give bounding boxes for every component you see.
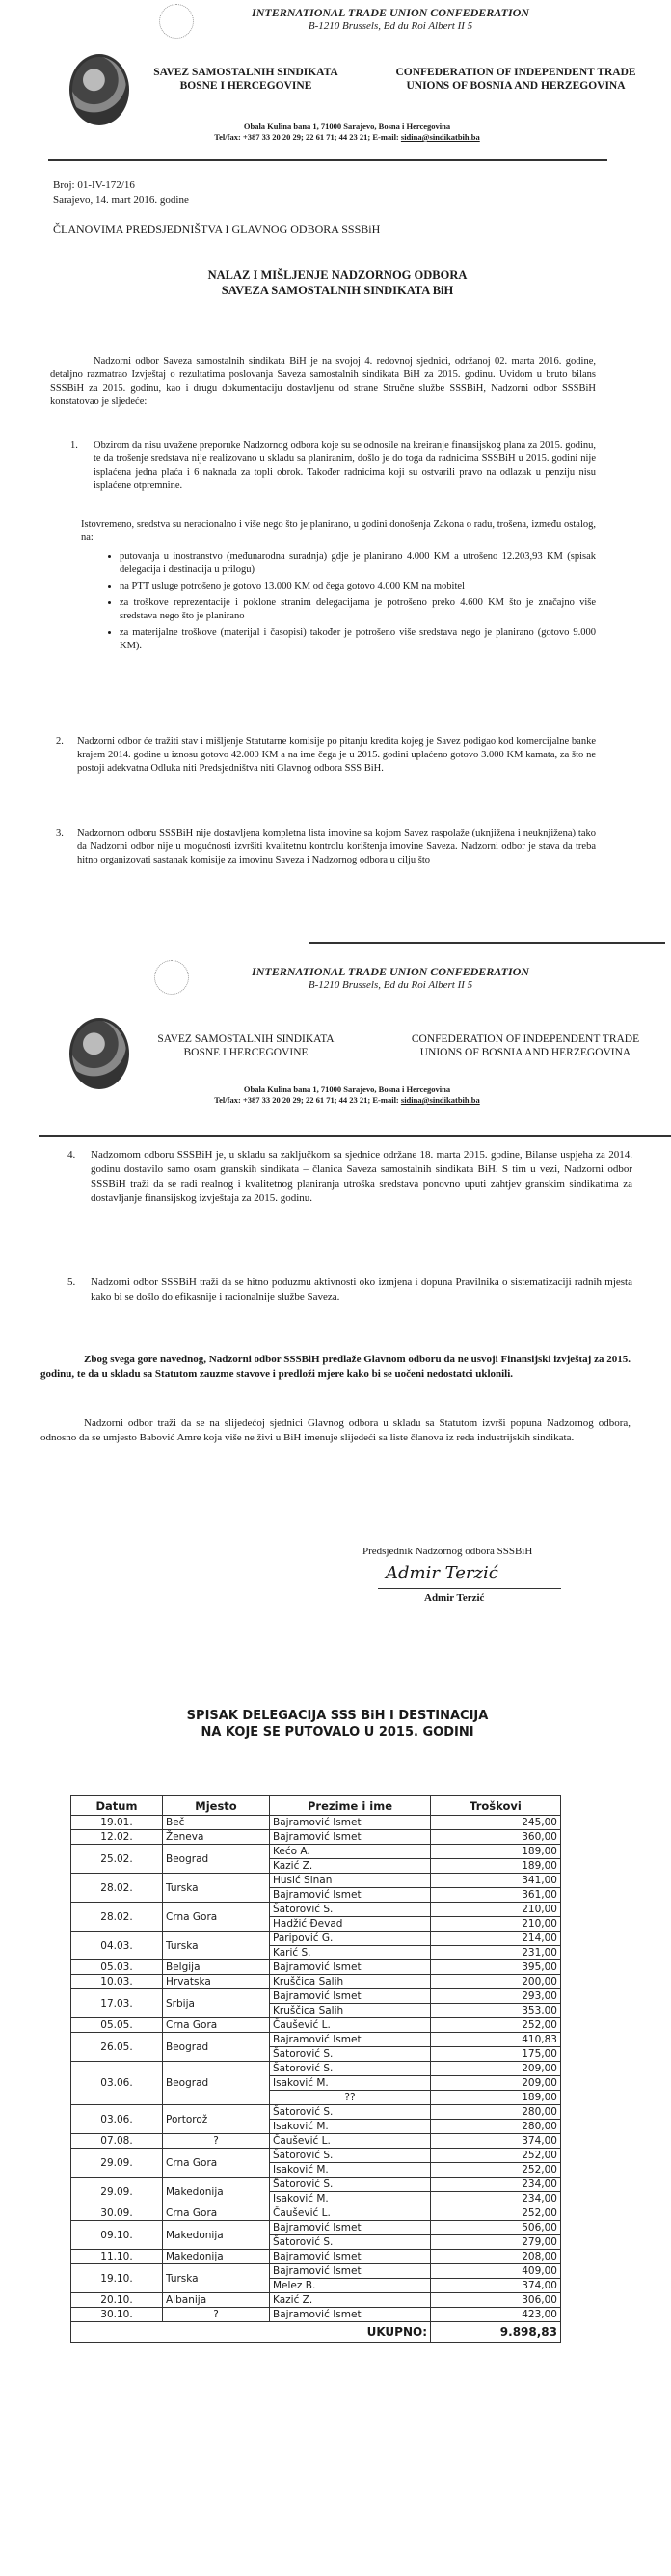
trip-date: 11.10. — [71, 2250, 163, 2264]
trip-place: Hrvatska — [163, 1975, 270, 1989]
traveler-name: Melez B. — [270, 2279, 431, 2293]
trip-date: 10.03. — [71, 1975, 163, 1989]
trip-date: 12.02. — [71, 1830, 163, 1845]
signature-line — [378, 1588, 561, 1589]
expense-bullet: putovanja u inostranstvo (međunarodna su… — [120, 550, 596, 577]
doc-meta: Broj: 01-IV-172/16 Sarajevo, 14. mart 20… — [53, 178, 189, 207]
trip-cost: 252,00 — [431, 2163, 561, 2178]
delegations-title-line2: NA KOJE SE PUTOVALO U 2015. GODINI — [116, 1724, 559, 1740]
ituc-name: INTERNATIONAL TRADE UNION CONFEDERATION — [217, 965, 564, 978]
date-line: Sarajevo, 14. mart 2016. godine — [53, 193, 189, 207]
item-2-text: Nadzorni odbor će tražiti stav i mišljen… — [77, 735, 596, 776]
table-row: 05.05.Crna GoraČaušević L.252,00 — [71, 2018, 561, 2033]
union-logo-icon — [69, 1018, 129, 1089]
traveler-name: Isaković M. — [270, 2076, 431, 2091]
trip-cost: 293,00 — [431, 1989, 561, 2004]
traveler-name: Kazić Z. — [270, 1859, 431, 1874]
item-2-number: 2. — [56, 735, 64, 749]
contact-line: Tel/fax: +387 33 20 20 29; 22 61 71; 44 … — [116, 1095, 578, 1106]
address-line: Obala Kulina bana 1, 71000 Sarajevo, Bos… — [116, 122, 578, 132]
trip-date: 19.01. — [71, 1816, 163, 1830]
trip-cost: 209,00 — [431, 2062, 561, 2076]
traveler-name: Bajramović Ismet — [270, 1816, 431, 1830]
trip-cost: 341,00 — [431, 1874, 561, 1888]
trip-cost: 208,00 — [431, 2250, 561, 2264]
traveler-name: Kruščica Salih — [270, 2004, 431, 2018]
item-1: 1. Obzirom da nisu uvažene preporuke Nad… — [70, 439, 596, 493]
table-row: 04.03.TurskaParipović G.214,00 — [71, 1932, 561, 1946]
table-row: 28.02.Crna GoraŠatorović S.210,00 — [71, 1903, 561, 1917]
trip-cost: 214,00 — [431, 1932, 561, 1946]
page-edge-divider — [309, 942, 665, 944]
trip-cost: 506,00 — [431, 2221, 561, 2235]
contact-line: Tel/fax: +387 33 20 20 29; 22 61 71; 44 … — [116, 132, 578, 143]
org-name-en: CONFEDERATION OF INDEPENDENT TRADE UNION… — [371, 66, 660, 93]
email-link[interactable]: sidina@sindikatbih.ba — [401, 132, 480, 142]
traveler-name: Isaković M. — [270, 2163, 431, 2178]
report-title-line1: NALAZ I MIŠLJENJE NADZORNOG ODBORA — [116, 267, 559, 283]
request-paragraph: Nadzorni odbor traži da se na slijedećoj… — [40, 1416, 631, 1445]
contact-phones: Tel/fax: +387 33 20 20 29; 22 61 71; 44 … — [214, 1095, 401, 1105]
trip-place: Portorož — [163, 2105, 270, 2134]
traveler-name: Čaušević L. — [270, 2206, 431, 2221]
traveler-name: Bajramović Ismet — [270, 2308, 431, 2322]
table-row: 07.08.?Čaušević L.374,00 — [71, 2134, 561, 2149]
traveler-name: Bajramović Ismet — [270, 2033, 431, 2047]
table-row: 28.02.TurskaHusić Sinan341,00 — [71, 1874, 561, 1888]
traveler-name: Šatorović S. — [270, 2047, 431, 2062]
table-row: 10.03.HrvatskaKruščica Salih200,00 — [71, 1975, 561, 1989]
trip-date: 26.05. — [71, 2033, 163, 2062]
traveler-name: Čaušević L. — [270, 2018, 431, 2033]
trip-cost: 361,00 — [431, 1888, 561, 1903]
expense-bullets: putovanja u inostranstvo (međunarodna su… — [104, 550, 596, 656]
trip-place: Crna Gora — [163, 2149, 270, 2178]
recipients: ČLANOVIMA PREDSJEDNIŠTVA I GLAVNOG ODBOR… — [53, 222, 380, 236]
ituc-logo-icon — [159, 4, 194, 39]
trip-cost: 280,00 — [431, 2105, 561, 2120]
table-row: 29.09.MakedonijaŠatorović S.234,00 — [71, 2178, 561, 2192]
trip-cost: 209,00 — [431, 2076, 561, 2091]
traveler-name: Šatorović S. — [270, 2062, 431, 2076]
traveler-name: Šatorović S. — [270, 1903, 431, 1917]
org-name-en-line2: UNIONS OF BOSNIA AND HERZEGOVINA — [381, 1046, 670, 1059]
trip-date: 05.05. — [71, 2018, 163, 2033]
ituc-logo-icon — [154, 960, 189, 995]
trip-cost: 353,00 — [431, 2004, 561, 2018]
trip-date: 03.06. — [71, 2062, 163, 2105]
trip-date: 29.09. — [71, 2178, 163, 2206]
trip-date: 17.03. — [71, 1989, 163, 2018]
trip-place: Beograd — [163, 2033, 270, 2062]
trip-cost: 245,00 — [431, 1816, 561, 1830]
trip-cost: 200,00 — [431, 1975, 561, 1989]
trip-cost: 210,00 — [431, 1903, 561, 1917]
item-5-number: 5. — [67, 1275, 75, 1290]
trip-place: Makedonija — [163, 2250, 270, 2264]
item-2: 2. Nadzorni odbor će tražiti stav i mišl… — [56, 735, 596, 776]
trip-place: Albanija — [163, 2293, 270, 2308]
item-1-text: Obzirom da nisu uvažene preporuke Nadzor… — [94, 439, 596, 493]
trip-place: ? — [163, 2134, 270, 2149]
item-5-text: Nadzorni odbor SSSBiH traži da se hitno … — [91, 1275, 632, 1304]
trip-date: 30.10. — [71, 2308, 163, 2322]
trip-date: 05.03. — [71, 1960, 163, 1975]
item-3: 3. Nadzornom odboru SSSBiH nije dostavlj… — [56, 827, 596, 867]
trip-place: ? — [163, 2308, 270, 2322]
table-row: 03.06.PortorožŠatorović S.280,00 — [71, 2105, 561, 2120]
contact-phones: Tel/fax: +387 33 20 20 29; 22 61 71; 44 … — [214, 132, 401, 142]
traveler-name: Bajramović Ismet — [270, 2221, 431, 2235]
conclusion-paragraph: Zbog svega gore navednog, Nadzorni odbor… — [40, 1353, 631, 1382]
signature-role: Predsjednik Nadzornog odbora SSSBiH — [362, 1546, 532, 1557]
trip-cost: 210,00 — [431, 1917, 561, 1932]
trip-place: Beograd — [163, 2062, 270, 2105]
traveler-name: Bajramović Ismet — [270, 1960, 431, 1975]
signature-name: Admir Terzić — [424, 1592, 484, 1603]
item-1-number: 1. — [70, 439, 78, 452]
trip-cost: 189,00 — [431, 2091, 561, 2105]
traveler-name: Isaković M. — [270, 2192, 431, 2206]
org-name-bs: SAVEZ SAMOSTALNIH SINDIKATA BOSNE I HERC… — [130, 66, 362, 93]
item-4-number: 4. — [67, 1148, 75, 1163]
signature-scrawl: Admir Terzić — [386, 1563, 498, 1583]
trip-cost: 252,00 — [431, 2149, 561, 2163]
table-row: 29.09.Crna GoraŠatorović S.252,00 — [71, 2149, 561, 2163]
trip-place: Turska — [163, 2264, 270, 2293]
trip-cost: 252,00 — [431, 2206, 561, 2221]
trip-date: 25.02. — [71, 1845, 163, 1874]
trip-cost: 423,00 — [431, 2308, 561, 2322]
traveler-name: ?? — [270, 2091, 431, 2105]
trip-place: Makedonija — [163, 2178, 270, 2206]
trip-cost: 279,00 — [431, 2235, 561, 2250]
traveler-name: Bajramović Ismet — [270, 2250, 431, 2264]
trip-date: 30.09. — [71, 2206, 163, 2221]
trip-cost: 175,00 — [431, 2047, 561, 2062]
org-name-bs-line1: SAVEZ SAMOSTALNIH SINDIKATA — [130, 1032, 362, 1046]
traveler-name: Bajramović Ismet — [270, 1830, 431, 1845]
traveler-name: Isaković M. — [270, 2120, 431, 2134]
org-name-bs-2: SAVEZ SAMOSTALNIH SINDIKATA BOSNE I HERC… — [130, 1032, 362, 1059]
traveler-name: Bajramović Ismet — [270, 1888, 431, 1903]
delegations-title-line1: SPISAK DELEGACIJA SSS BiH I DESTINACIJA — [116, 1708, 559, 1724]
trip-place: Srbija — [163, 1989, 270, 2018]
table-header-row: Datum Mjesto Prezime i ime Troškovi — [71, 1796, 561, 1816]
table-row: 30.09.Crna GoraČaušević L.252,00 — [71, 2206, 561, 2221]
traveler-name: Karić S. — [270, 1946, 431, 1960]
trip-place: Crna Gora — [163, 2206, 270, 2221]
trip-place: Beograd — [163, 1845, 270, 1874]
header-divider — [48, 159, 607, 161]
trip-place: Crna Gora — [163, 1903, 270, 1932]
trip-place: Ženeva — [163, 1830, 270, 1845]
table-row: 26.05.BeogradBajramović Ismet410,83 — [71, 2033, 561, 2047]
traveler-name: Paripović G. — [270, 1932, 431, 1946]
table-total-row: UKUPNO: 9.898,83 — [71, 2322, 561, 2343]
trip-place: Makedonija — [163, 2221, 270, 2250]
trip-cost: 189,00 — [431, 1859, 561, 1874]
trip-cost: 252,00 — [431, 2018, 561, 2033]
table-row: 25.02.BeogradKećo A.189,00 — [71, 1845, 561, 1859]
header-divider-2 — [39, 1135, 671, 1137]
org-name-en-line1: CONFEDERATION OF INDEPENDENT TRADE — [371, 66, 660, 79]
org-name-bs-line2: BOSNE I HERCEGOVINE — [130, 79, 362, 93]
trip-cost: 395,00 — [431, 1960, 561, 1975]
trip-cost: 360,00 — [431, 1830, 561, 1845]
expense-bullet: za troškove reprezentacije i poklone str… — [120, 596, 596, 623]
trip-cost: 280,00 — [431, 2120, 561, 2134]
col-header-place: Mjesto — [163, 1796, 270, 1816]
trip-cost: 234,00 — [431, 2178, 561, 2192]
report-title: NALAZ I MIŠLJENJE NADZORNOG ODBORA SAVEZ… — [116, 267, 559, 298]
delegations-table: Datum Mjesto Prezime i ime Troškovi 19.0… — [70, 1795, 561, 2343]
traveler-name: Husić Sinan — [270, 1874, 431, 1888]
table-row: 05.03.BelgijaBajramović Ismet395,00 — [71, 1960, 561, 1975]
expense-bullet: na PTT usluge potrošeno je gotovo 13.000… — [120, 580, 596, 593]
col-header-name: Prezime i ime — [270, 1796, 431, 1816]
trip-cost: 410,83 — [431, 2033, 561, 2047]
ituc-name: INTERNATIONAL TRADE UNION CONFEDERATION — [217, 6, 564, 19]
union-logo-icon — [69, 54, 129, 125]
ituc-header: INTERNATIONAL TRADE UNION CONFEDERATION … — [217, 6, 564, 33]
trip-place: Beč — [163, 1816, 270, 1830]
table-row: 12.02.ŽenevaBajramović Ismet360,00 — [71, 1830, 561, 1845]
org-name-bs-line2: BOSNE I HERCEGOVINE — [130, 1046, 362, 1059]
table-row: 30.10.?Bajramović Ismet423,00 — [71, 2308, 561, 2322]
trip-cost: 409,00 — [431, 2264, 561, 2279]
trip-date: 19.10. — [71, 2264, 163, 2293]
item-4: 4. Nadzornom odboru SSSBiH je, u skladu … — [67, 1148, 632, 1206]
delegations-table-wrapper: Datum Mjesto Prezime i ime Troškovi 19.0… — [70, 1795, 561, 2343]
org-address-2: Obala Kulina bana 1, 71000 Sarajevo, Bos… — [116, 1084, 578, 1106]
table-row: 19.10.TurskaBajramović Ismet409,00 — [71, 2264, 561, 2279]
total-label: UKUPNO: — [71, 2322, 431, 2343]
item-3-number: 3. — [56, 827, 64, 840]
traveler-name: Šatorović S. — [270, 2178, 431, 2192]
item-1-follow: Istovremeno, sredstva su neracionalno i … — [81, 518, 596, 545]
table-row: 19.01.BečBajramović Ismet245,00 — [71, 1816, 561, 1830]
item-4-text: Nadzornom odboru SSSBiH je, u skladu sa … — [91, 1148, 632, 1206]
trip-cost: 306,00 — [431, 2293, 561, 2308]
traveler-name: Kazić Z. — [270, 2293, 431, 2308]
org-name-en-line1: CONFEDERATION OF INDEPENDENT TRADE — [381, 1032, 670, 1046]
trip-cost: 231,00 — [431, 1946, 561, 1960]
intro-paragraph: Nadzorni odbor Saveza samostalnih sindik… — [50, 355, 596, 409]
trip-date: 29.09. — [71, 2149, 163, 2178]
traveler-name: Bajramović Ismet — [270, 1989, 431, 2004]
traveler-name: Šatorović S. — [270, 2235, 431, 2250]
table-row: 17.03.SrbijaBajramović Ismet293,00 — [71, 1989, 561, 2004]
table-row: 03.06.BeogradŠatorović S.209,00 — [71, 2062, 561, 2076]
trip-date: 28.02. — [71, 1874, 163, 1903]
traveler-name: Kruščica Salih — [270, 1975, 431, 1989]
table-row: 20.10.AlbanijaKazić Z.306,00 — [71, 2293, 561, 2308]
traveler-name: Šatorović S. — [270, 2105, 431, 2120]
trip-cost: 189,00 — [431, 1845, 561, 1859]
trip-date: 04.03. — [71, 1932, 163, 1960]
item-3-text: Nadzornom odboru SSSBiH nije dostavljena… — [77, 827, 596, 867]
ituc-address: B-1210 Brussels, Bd du Roi Albert II 5 — [217, 978, 564, 992]
email-link[interactable]: sidina@sindikatbih.ba — [401, 1095, 480, 1105]
table-row: 09.10.MakedonijaBajramović Ismet506,00 — [71, 2221, 561, 2235]
table-row: 11.10.MakedonijaBajramović Ismet208,00 — [71, 2250, 561, 2264]
trip-place: Belgija — [163, 1960, 270, 1975]
trip-date: 09.10. — [71, 2221, 163, 2250]
trip-date: 03.06. — [71, 2105, 163, 2134]
org-name-bs-line1: SAVEZ SAMOSTALNIH SINDIKATA — [130, 66, 362, 79]
trip-place: Turska — [163, 1874, 270, 1903]
delegations-title: SPISAK DELEGACIJA SSS BiH I DESTINACIJA … — [116, 1708, 559, 1740]
col-header-cost: Troškovi — [431, 1796, 561, 1816]
trip-place: Turska — [163, 1932, 270, 1960]
expense-bullet: za materijalne troškove (materijal i čas… — [120, 626, 596, 653]
traveler-name: Kećo A. — [270, 1845, 431, 1859]
report-title-line2: SAVEZA SAMOSTALNIH SINDIKATA BiH — [116, 283, 559, 298]
org-name-en-2: CONFEDERATION OF INDEPENDENT TRADE UNION… — [381, 1032, 670, 1059]
trip-cost: 374,00 — [431, 2134, 561, 2149]
item-5: 5. Nadzorni odbor SSSBiH traži da se hit… — [67, 1275, 632, 1304]
ituc-address: B-1210 Brussels, Bd du Roi Albert II 5 — [217, 19, 564, 33]
ituc-header-2: INTERNATIONAL TRADE UNION CONFEDERATION … — [217, 965, 564, 992]
trip-cost: 234,00 — [431, 2192, 561, 2206]
traveler-name: Bajramović Ismet — [270, 2264, 431, 2279]
org-name-en-line2: UNIONS OF BOSNIA AND HERZEGOVINA — [371, 79, 660, 93]
address-line: Obala Kulina bana 1, 71000 Sarajevo, Bos… — [116, 1084, 578, 1095]
traveler-name: Hadžić Đevad — [270, 1917, 431, 1932]
trip-date: 07.08. — [71, 2134, 163, 2149]
col-header-date: Datum — [71, 1796, 163, 1816]
traveler-name: Šatorović S. — [270, 2149, 431, 2163]
ref-number: Broj: 01-IV-172/16 — [53, 178, 189, 193]
total-value: 9.898,83 — [431, 2322, 561, 2343]
traveler-name: Čaušević L. — [270, 2134, 431, 2149]
trip-cost: 374,00 — [431, 2279, 561, 2293]
trip-place: Crna Gora — [163, 2018, 270, 2033]
org-address: Obala Kulina bana 1, 71000 Sarajevo, Bos… — [116, 122, 578, 143]
trip-date: 28.02. — [71, 1903, 163, 1932]
trip-date: 20.10. — [71, 2293, 163, 2308]
